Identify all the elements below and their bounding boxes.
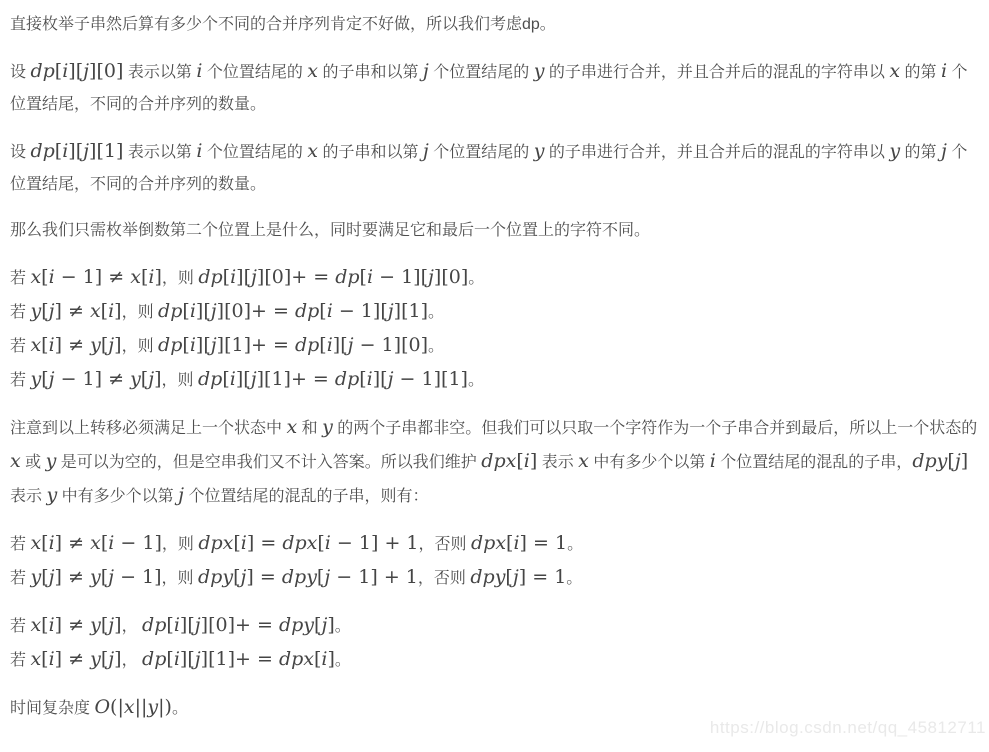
inline-math: dp[i][j][1]+ = dp[i][j − 1][0] xyxy=(158,334,428,356)
para-enumerate-note: 那么我们只需枚举倒数第二个位置上是什么，同时要满足它和最后一个位置上的字符不同。 xyxy=(10,215,979,247)
para-dp0-definition: 设 dp[i][j][0] 表示以第 i 个位置结尾的 x 的子串和以第 j 个… xyxy=(10,55,979,121)
inline-math: y xyxy=(889,140,900,162)
inline-math: dpx[i] = dpx[i − 1] + 1 xyxy=(198,532,418,554)
inline-math: x xyxy=(307,60,318,82)
inline-math: j xyxy=(941,140,947,162)
para-boundary-note: 注意到以上转移必须满足上一个状态中 x 和 y 的两个子串都非空。但我们可以只取… xyxy=(10,411,979,513)
inline-math: dpy[j] xyxy=(912,450,968,472)
inline-math: dp[i][j][1] xyxy=(30,140,123,162)
inline-math: y[j] ≠ x[i] xyxy=(30,300,121,322)
para-dp1-definition: 设 dp[i][j][1] 表示以第 i 个位置结尾的 x 的子串和以第 j 个… xyxy=(10,135,979,201)
inline-math: j xyxy=(423,140,429,162)
inline-math: y xyxy=(322,416,333,438)
inline-math: x[i − 1] ≠ x[i] xyxy=(30,266,161,288)
inline-math: y xyxy=(46,450,57,472)
inline-math: y xyxy=(534,60,545,82)
inline-math: i xyxy=(941,60,947,82)
inline-math: dp[i][j][0]+ = dpy[j] xyxy=(142,614,335,636)
para-transitions: 若 x[i − 1] ≠ x[i]，则 dp[i][j][0]+ = dp[i … xyxy=(10,261,979,397)
inline-math: i xyxy=(710,450,716,472)
inline-math: y[j − 1] ≠ y[j] xyxy=(30,368,161,390)
inline-math: x[i] ≠ y[j] xyxy=(30,648,121,670)
para-dpx-dpy-recurrence: 若 x[i] ≠ x[i − 1]，则 dpx[i] = dpx[i − 1] … xyxy=(10,527,979,595)
csdn-watermark: https://blog.csdn.net/qq_45812711 xyxy=(710,718,986,738)
inline-math: O(|x||y|) xyxy=(94,696,172,718)
inline-math: dp[i][j][0] xyxy=(30,60,123,82)
inline-math: x xyxy=(10,450,21,472)
inline-math: dp[i][j][1]+ = dpx[i] xyxy=(142,648,335,670)
inline-math: i xyxy=(196,140,202,162)
inline-math: dp[i][j][0]+ = dp[i − 1][j][1] xyxy=(158,300,428,322)
inline-math: dpy[j] = dpy[j − 1] + 1 xyxy=(198,566,418,588)
inline-math: x xyxy=(889,60,900,82)
inline-math: y xyxy=(46,484,57,506)
inline-math: y xyxy=(534,140,545,162)
inline-math: dpy[j] = 1 xyxy=(470,566,566,588)
para-single-char-transitions: 若 x[i] ≠ y[j]， dp[i][j][0]+ = dpy[j]。若 x… xyxy=(10,609,979,677)
inline-math: x[i] ≠ x[i − 1] xyxy=(30,532,161,554)
inline-math: dp[i][j][0]+ = dp[i − 1][j][0] xyxy=(198,266,468,288)
inline-math: x[i] ≠ y[j] xyxy=(30,334,121,356)
para-intro: 直接枚举子串然后算有多少个不同的合并序列肯定不好做，所以我们考虑dp。 xyxy=(10,9,979,41)
inline-math: dp[i][j][1]+ = dp[i][j − 1][1] xyxy=(198,368,468,390)
inline-math: j xyxy=(178,484,184,506)
inline-math: dpx[i] = 1 xyxy=(471,532,567,554)
inline-math: x[i] ≠ y[j] xyxy=(30,614,121,636)
inline-math: y[j] ≠ y[j − 1] xyxy=(30,566,161,588)
inline-math: dpx[i] xyxy=(481,450,537,472)
inline-math: x xyxy=(307,140,318,162)
inline-math: x xyxy=(286,416,297,438)
inline-math: i xyxy=(196,60,202,82)
article-body: 直接枚举子串然后算有多少个不同的合并序列肯定不好做，所以我们考虑dp。设 dp[… xyxy=(0,0,989,725)
inline-math: x xyxy=(578,450,589,472)
inline-math: j xyxy=(423,60,429,82)
